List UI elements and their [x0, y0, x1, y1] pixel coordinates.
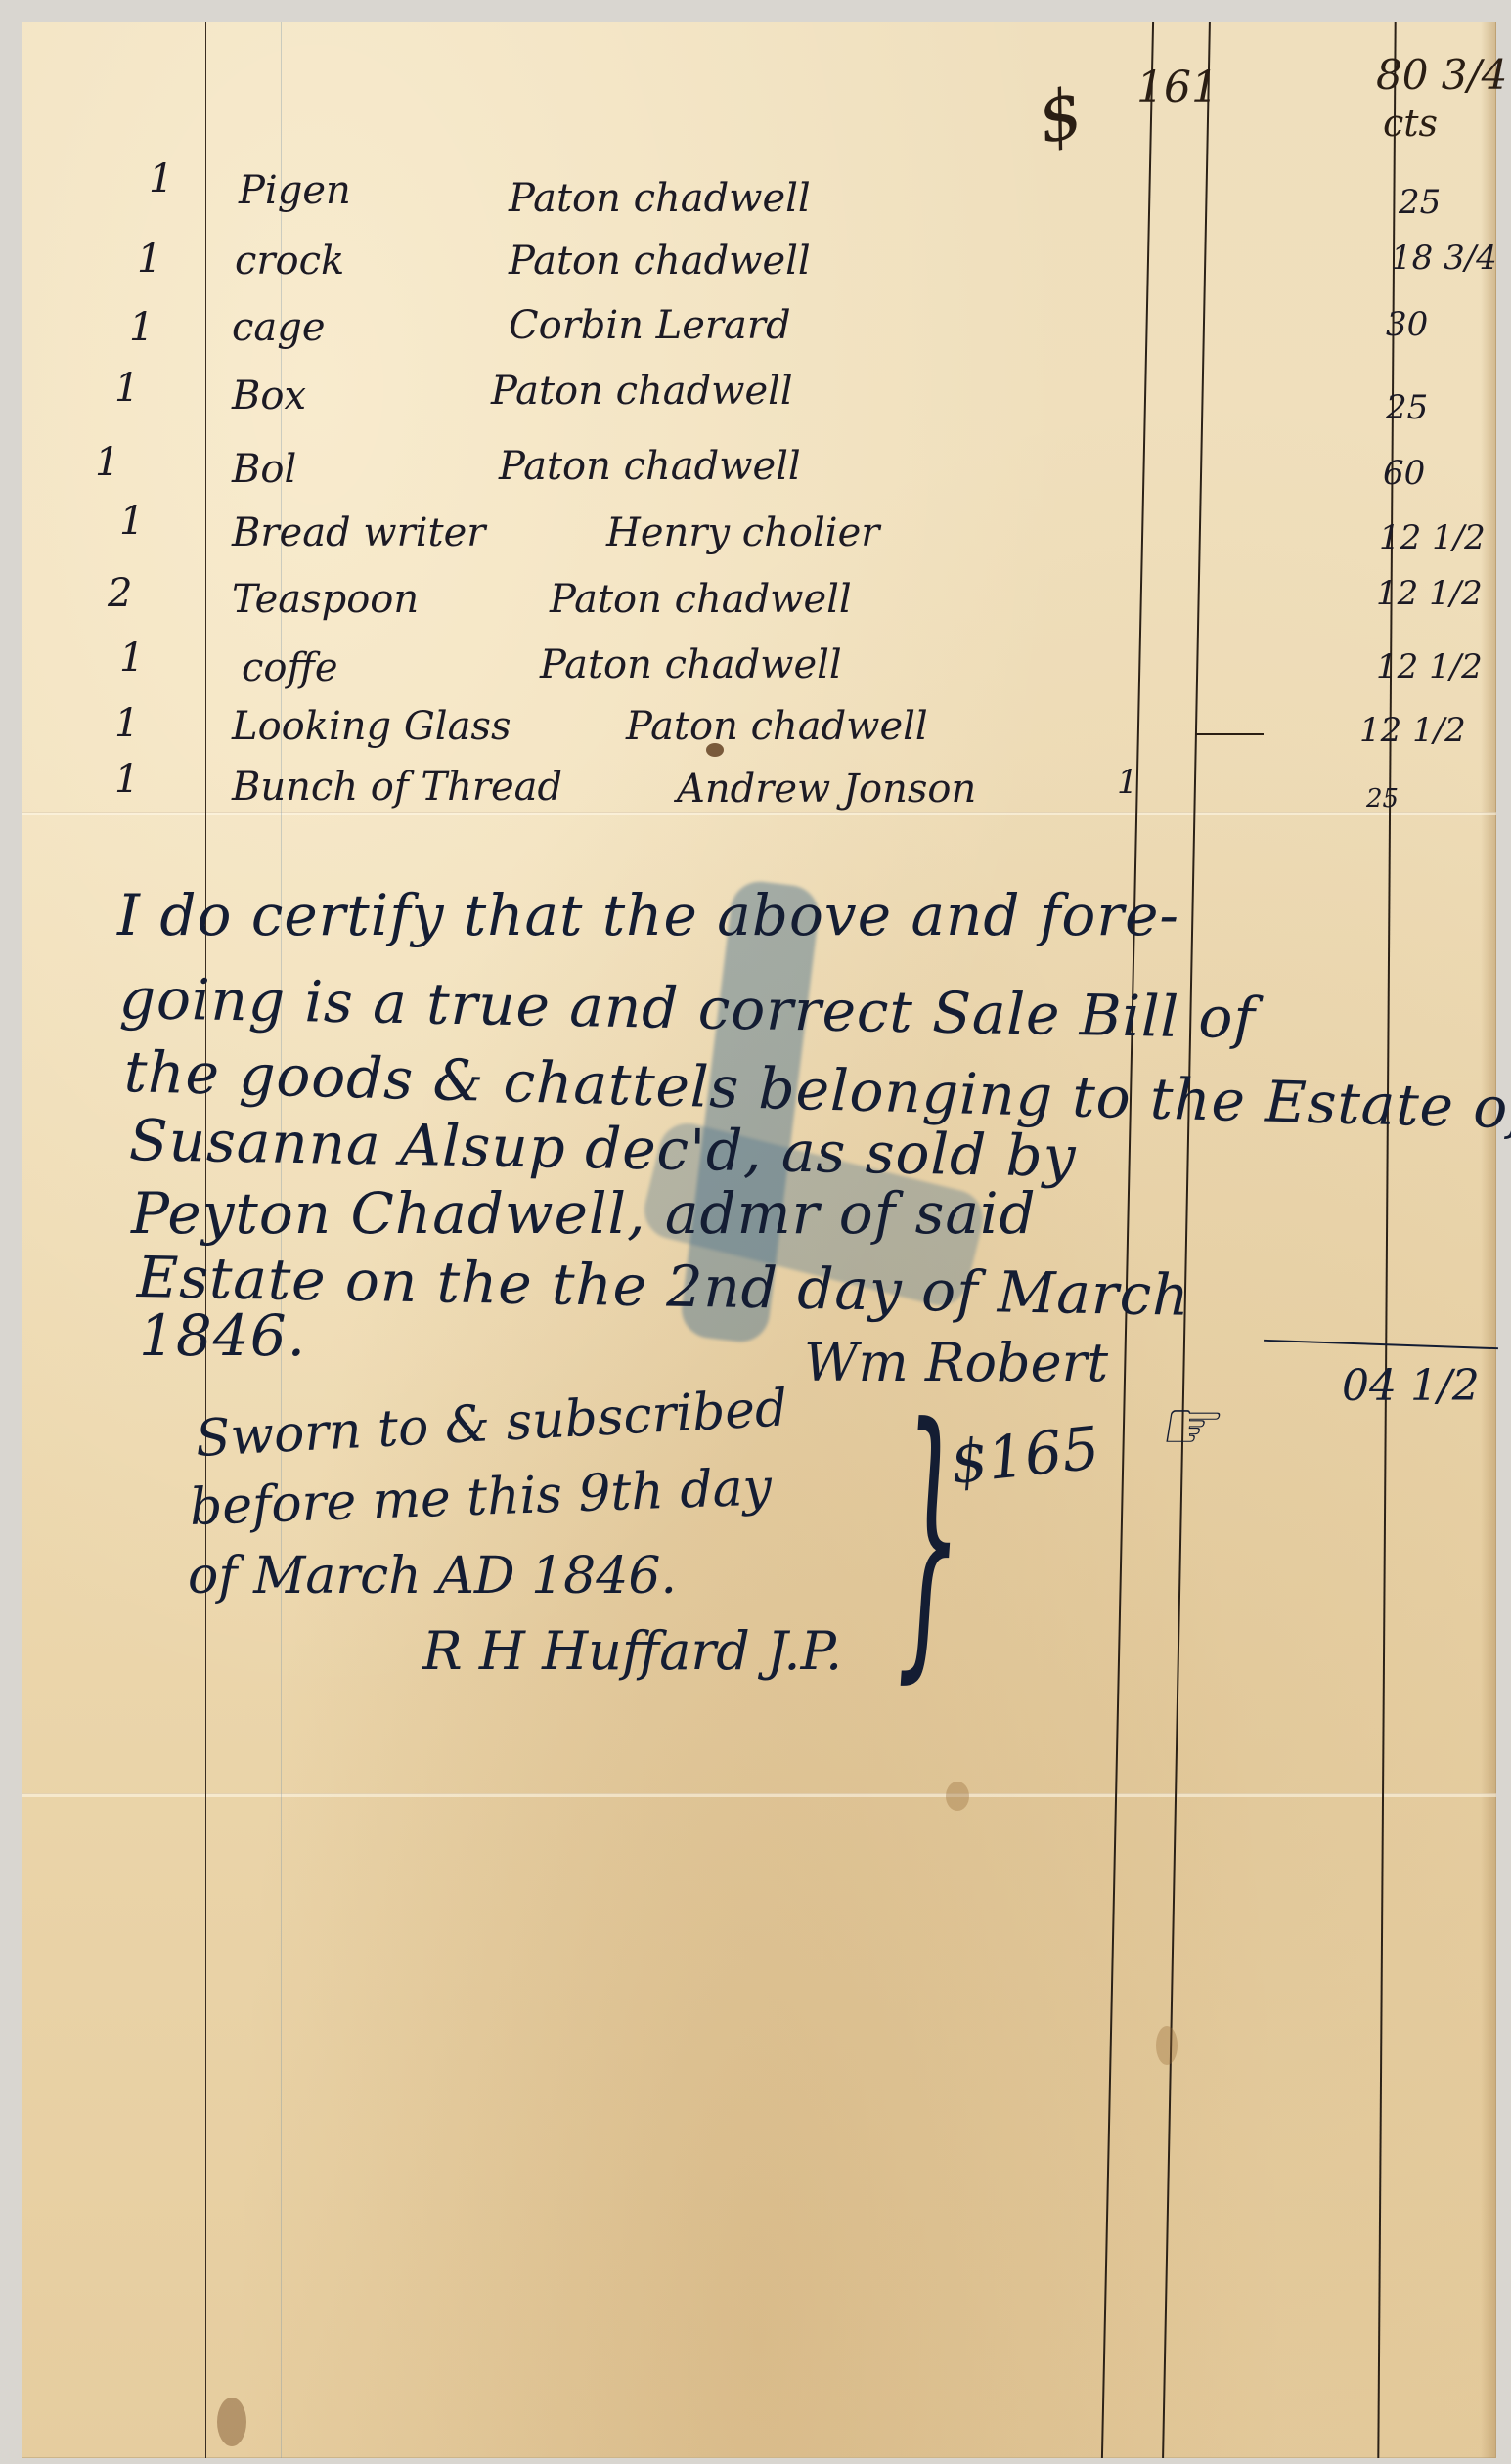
sworn-amount: $165	[947, 1414, 1102, 1498]
row-item: Bol	[232, 447, 296, 492]
document-page: $ 161 80 3/4 cts 1 Pigen Paton chadwell …	[22, 22, 1496, 2458]
row-price: 25	[1399, 183, 1441, 222]
row-item: Looking Glass	[232, 704, 511, 749]
brace-icon: }	[897, 1390, 962, 1684]
row-buyer: Andrew Jonson	[677, 767, 976, 812]
row-qty: 1	[114, 366, 139, 411]
row-item: Box	[232, 374, 306, 418]
row-item: Bunch of Thread	[232, 765, 562, 810]
row-item: Bread writer	[232, 510, 485, 555]
total-underline	[1264, 1340, 1498, 1349]
stain	[1156, 2026, 1178, 2065]
sworn-line: before me this 9th day	[189, 1458, 773, 1537]
row-price: 12 1/2	[1376, 574, 1483, 613]
row-qty: 1	[137, 237, 161, 282]
row-buyer: Paton chadwell	[540, 642, 842, 687]
row-qty: 1	[149, 156, 173, 201]
row-item: crock	[235, 239, 344, 284]
row-price: 12 1/2	[1359, 711, 1466, 750]
row-price: 12 1/2	[1379, 518, 1486, 557]
row-price: 12 1/2	[1376, 647, 1483, 686]
header-cents-label: cts	[1383, 102, 1438, 145]
column-rule-dollars-left	[1101, 22, 1154, 2458]
certification-line: going is a true and correct Sale Bill of	[118, 965, 1256, 1051]
sworn-line: of March AD 1846.	[188, 1547, 677, 1606]
row-price: 30	[1386, 305, 1428, 344]
row-item: coffe	[242, 645, 338, 690]
sworn-line: Sworn to & subscribed	[194, 1379, 788, 1469]
row-qty: 1	[114, 701, 139, 746]
header-dollar-total: 161	[1136, 63, 1219, 112]
row-buyer: Henry cholier	[606, 510, 879, 555]
row-price: 25	[1366, 784, 1399, 814]
paper-edge	[1481, 22, 1496, 2458]
row-buyer: Paton chadwell	[491, 369, 793, 414]
row-item: cage	[232, 305, 326, 350]
total-cents: 04 1/2	[1342, 1361, 1480, 1411]
fold-line	[22, 1793, 1496, 1797]
row-buyer: Corbin Lerard	[509, 303, 791, 348]
row-price: 18 3/4	[1391, 239, 1497, 278]
stain	[217, 2398, 246, 2446]
row-qty: 1	[119, 499, 144, 544]
stain	[946, 1782, 969, 1811]
row-price: 25	[1386, 388, 1428, 427]
row-qty: 1	[129, 305, 154, 350]
row-buyer: Paton chadwell	[626, 704, 928, 749]
row-qty: 1	[114, 757, 139, 802]
certification-line: Peyton Chadwell, admr of said	[131, 1180, 1037, 1247]
row-price: 60	[1383, 454, 1425, 493]
price-dash	[1195, 733, 1264, 735]
row-qty: 1	[119, 636, 144, 681]
certification-line: I do certify that the above and fore-	[117, 882, 1179, 948]
row-dollars: 1	[1117, 763, 1138, 802]
pointing-hand-icon: ☞	[1156, 1386, 1218, 1466]
header-cents-total: 80 3/4	[1376, 51, 1507, 99]
row-item: Teaspoon	[232, 577, 419, 622]
dollar-sign-icon: $	[1030, 72, 1089, 159]
column-rule-dollars-right	[1162, 22, 1211, 2458]
row-buyer: Paton chadwell	[550, 577, 852, 622]
fold-line	[22, 812, 1496, 815]
certification-line: 1846.	[139, 1302, 306, 1369]
justice-signature: R H Huffard J.P.	[422, 1620, 842, 1682]
row-buyer: Paton chadwell	[509, 176, 811, 221]
row-item: Pigen	[239, 168, 351, 213]
row-qty: 1	[95, 440, 119, 485]
column-rule-cents	[1377, 22, 1396, 2458]
row-buyer: Paton chadwell	[499, 444, 801, 489]
row-qty: 2	[108, 571, 132, 616]
row-buyer: Paton chadwell	[509, 239, 811, 284]
